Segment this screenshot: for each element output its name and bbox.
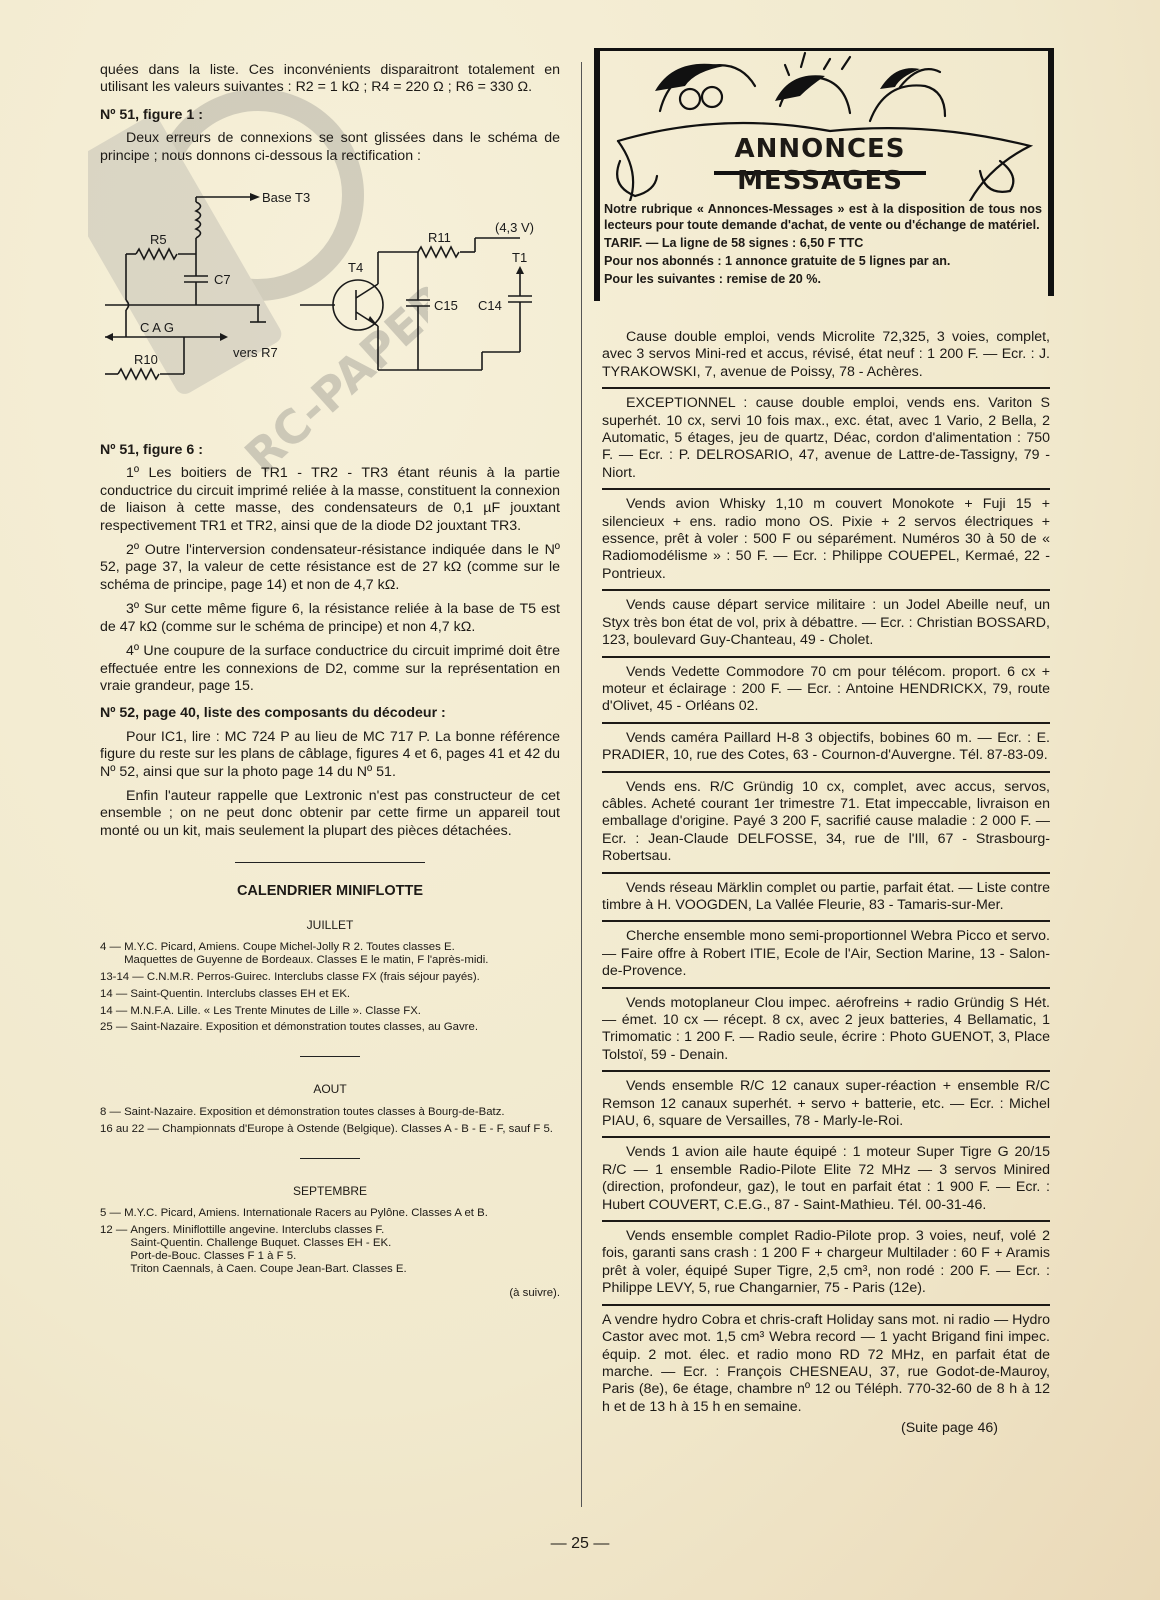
classified-ad: EXCEPTIONNEL : cause double emploi, vend… (602, 389, 1050, 490)
announcements-banner: ANNONCES MESSAGES Notre rubrique « Annon… (594, 48, 1050, 301)
banner-title-line2: MESSAGES (710, 173, 930, 190)
ad-text: Vends cause départ service militaire : u… (602, 597, 1050, 649)
event-text: Saint-Quentin. Interclubs classes EH et … (130, 988, 560, 1001)
event-date: 14 — (100, 988, 130, 1001)
ad-text: Vends motoplaneur Clou impec. aérofreins… (602, 995, 1050, 1065)
event-line: Maquettes de Guyenne de Bordeaux. Classe… (124, 954, 560, 967)
fig6-item: 1º Les boitiers de TR1 - TR2 - TR3 étant… (100, 465, 560, 535)
event-text: Saint-Nazaire. Exposition et démonstrati… (130, 1021, 560, 1034)
label-c14: C14 (478, 298, 502, 313)
n52-heading: Nº 52, page 40, liste des composants du … (100, 705, 560, 722)
event-text: Championnats d'Europe à Ostende (Belgiqu… (162, 1123, 560, 1136)
event-line: M.N.F.A. Lille. « Les Trente Minutes de … (130, 1005, 560, 1018)
label-r5: R5 (150, 232, 167, 247)
event-date: 5 — (100, 1207, 124, 1220)
circuit-schematic: Base T3 R5 C7 C A G vers R7 R10 T4 R11 (… (100, 172, 560, 432)
classified-ad: Cause double emploi, vends Microlite 72,… (602, 323, 1050, 389)
label-r10: R10 (134, 352, 158, 367)
event-line: Championnats d'Europe à Ostende (Belgiqu… (162, 1123, 560, 1136)
classified-ads: Cause double emploi, vends Microlite 72,… (602, 323, 1050, 1416)
classified-ad: A vendre hydro Cobra et chris-craft Holi… (602, 1306, 1050, 1416)
label-t1: T1 (512, 250, 527, 265)
n52-paragraph: Enfin l'auteur rappelle que Lextronic n'… (100, 788, 560, 840)
event-line: C.N.M.R. Perros-Guirec. Interclubs class… (147, 971, 560, 984)
continued-note: (Suite page 46) (602, 1420, 1050, 1437)
event-line: Saint-Quentin. Challenge Buquet. Classes… (130, 1237, 560, 1250)
calendar-event: 8 — Saint-Nazaire. Exposition et démonst… (100, 1106, 560, 1119)
calendar-title: CALENDRIER MINIFLOTTE (100, 883, 560, 900)
label-vers-r7: vers R7 (233, 345, 278, 360)
event-text: Saint-Nazaire. Exposition et démonstrati… (124, 1106, 560, 1119)
classified-ad: Vends 1 avion aile haute équipé : 1 mote… (602, 1138, 1050, 1222)
n52-paragraph: Pour IC1, lire : MC 724 P au lieu de MC … (100, 729, 560, 781)
calendar-event: 25 — Saint-Nazaire. Exposition et démons… (100, 1021, 560, 1034)
section-separator (235, 862, 425, 863)
banner-title-line1: ANNONCES (710, 141, 930, 158)
classified-ad: Vends cause départ service militaire : u… (602, 591, 1050, 657)
fig1-heading: Nº 51, figure 1 : (100, 107, 560, 124)
event-date: 16 au 22 — (100, 1123, 162, 1136)
classified-ad: Vends motoplaneur Clou impec. aérofreins… (602, 989, 1050, 1073)
right-column: ANNONCES MESSAGES Notre rubrique « Annon… (602, 48, 1050, 1438)
month-separator (300, 1158, 360, 1159)
ad-text: Vends Vedette Commodore 70 cm pour téléc… (602, 664, 1050, 716)
event-date: 14 — (100, 1005, 130, 1018)
banner-intro: Notre rubrique « Annonces-Messages » est… (604, 201, 1042, 289)
event-line: M.Y.C. Picard, Amiens. Internationale Ra… (124, 1207, 560, 1220)
fig6-item: 3º Sur cette même figure 6, la résistanc… (100, 601, 560, 636)
event-text: M.Y.C. Picard, Amiens. Coupe Michel-Joll… (124, 941, 560, 967)
intro-paragraph: quées dans la liste. Ces inconvénients d… (100, 62, 560, 97)
event-date: 12 — (100, 1224, 130, 1275)
event-text: M.N.F.A. Lille. « Les Trente Minutes de … (130, 1005, 560, 1018)
ad-text: Vends caméra Paillard H-8 3 objectifs, b… (602, 730, 1050, 765)
classified-ad: Cherche ensemble mono semi-proportionnel… (602, 922, 1050, 988)
label-c7: C7 (214, 272, 231, 287)
event-text: Angers. Miniflottille angevine. Interclu… (130, 1224, 560, 1275)
ad-text: A vendre hydro Cobra et chris-craft Holi… (602, 1312, 1050, 1416)
event-line: M.Y.C. Picard, Amiens. Coupe Michel-Joll… (124, 941, 560, 954)
event-line: Saint-Quentin. Interclubs classes EH et … (130, 988, 560, 1001)
column-divider (581, 62, 582, 1507)
ad-text: Vends avion Whisky 1,10 m couvert Monoko… (602, 496, 1050, 583)
classified-ad: Vends caméra Paillard H-8 3 objectifs, b… (602, 724, 1050, 773)
calendar-event: 5 — M.Y.C. Picard, Amiens. International… (100, 1207, 560, 1220)
ad-text: Vends 1 avion aile haute équipé : 1 mote… (602, 1144, 1050, 1214)
calendar-event: 16 au 22 — Championnats d'Europe à Osten… (100, 1123, 560, 1136)
calendar-month: SEPTEMBRE (100, 1185, 560, 1198)
page-number: — 25 — (0, 1535, 1160, 1553)
calendar-event: 13-14 — C.N.M.R. Perros-Guirec. Interclu… (100, 971, 560, 984)
event-date: 25 — (100, 1021, 130, 1034)
label-cag: C A G (140, 320, 174, 335)
calendar-month: JUILLET (100, 919, 560, 932)
fig6-list: 1º Les boitiers de TR1 - TR2 - TR3 étant… (100, 465, 560, 695)
classified-ad: Vends ens. R/C Gründig 10 cx, complet, a… (602, 773, 1050, 874)
n52-paragraphs: Pour IC1, lire : MC 724 P au lieu de MC … (100, 729, 560, 840)
classified-ad: Vends ensemble complet Radio-Pilote prop… (602, 1222, 1050, 1306)
label-r11: R11 (428, 230, 451, 245)
event-date: 13-14 — (100, 971, 147, 984)
event-date: 4 — (100, 941, 124, 967)
calendar-month: AOUT (100, 1083, 560, 1096)
event-line: Port-de-Bouc. Classes F 1 à F 5. (130, 1250, 560, 1263)
month-separator (300, 1056, 360, 1057)
ad-text: Vends ensemble R/C 12 canaux super-réact… (602, 1078, 1050, 1130)
ad-text: Vends ens. R/C Gründig 10 cx, complet, a… (602, 779, 1050, 866)
fig6-item: 2º Outre l'interversion condensateur-rés… (100, 542, 560, 594)
event-text: C.N.M.R. Perros-Guirec. Interclubs class… (147, 971, 560, 984)
event-line: Angers. Miniflottille angevine. Interclu… (130, 1224, 560, 1237)
classified-ad: Vends avion Whisky 1,10 m couvert Monoko… (602, 490, 1050, 591)
ad-text: Vends ensemble complet Radio-Pilote prop… (602, 1228, 1050, 1298)
ad-text: Vends réseau Märklin complet ou partie, … (602, 880, 1050, 915)
classified-ad: Vends réseau Märklin complet ou partie, … (602, 874, 1050, 923)
event-line: Saint-Nazaire. Exposition et démonstrati… (124, 1106, 560, 1119)
banner-subscribers: Pour nos abonnés : 1 annonce gratuite de… (604, 253, 1042, 269)
event-text: M.Y.C. Picard, Amiens. Internationale Ra… (124, 1207, 560, 1220)
banner-discount: Pour les suivantes : remise de 20 %. (604, 271, 1042, 287)
calendar-event: 14 — M.N.F.A. Lille. « Les Trente Minute… (100, 1005, 560, 1018)
calendar-event: 4 — M.Y.C. Picard, Amiens. Coupe Michel-… (100, 941, 560, 967)
event-line: Saint-Nazaire. Exposition et démonstrati… (130, 1021, 560, 1034)
calendar-event: 14 — Saint-Quentin. Interclubs classes E… (100, 988, 560, 1001)
label-base-t3: Base T3 (262, 190, 310, 205)
left-column: quées dans la liste. Ces inconvénients d… (100, 62, 560, 1303)
ad-text: Cause double emploi, vends Microlite 72,… (602, 329, 1050, 381)
calendar: JUILLET4 — M.Y.C. Picard, Amiens. Coupe … (100, 919, 560, 1276)
banner-description: Notre rubrique « Annonces-Messages » est… (604, 201, 1042, 233)
label-t4: T4 (348, 260, 363, 275)
fig1-text: Deux erreurs de connexions se sont gliss… (100, 130, 560, 165)
fig6-heading: Nº 51, figure 6 : (100, 442, 560, 459)
ad-text: Cherche ensemble mono semi-proportionnel… (602, 928, 1050, 980)
label-c15: C15 (434, 298, 458, 313)
calendar-event: 12 — Angers. Miniflottille angevine. Int… (100, 1224, 560, 1275)
schematic-drawing: Base T3 R5 C7 C A G vers R7 R10 T4 R11 (… (100, 172, 560, 432)
fig6-item: 4º Une coupure de la surface conductrice… (100, 643, 560, 695)
event-date: 8 — (100, 1106, 124, 1119)
banner-tarif: TARIF. — La ligne de 58 signes : 6,50 F … (604, 235, 1042, 251)
ad-text: EXCEPTIONNEL : cause double emploi, vend… (602, 395, 1050, 482)
classified-ad: Vends Vedette Commodore 70 cm pour téléc… (602, 658, 1050, 724)
event-line: Triton Caennals, à Caen. Coupe Jean-Bart… (130, 1263, 560, 1276)
to-be-continued: (à suivre). (100, 1285, 560, 1302)
magazine-page: RC-PAPER.COM quées dans la liste. Ces in… (0, 0, 1160, 1600)
classified-ad: Vends ensemble R/C 12 canaux super-réact… (602, 1072, 1050, 1138)
label-voltage: (4,3 V) (495, 220, 534, 235)
